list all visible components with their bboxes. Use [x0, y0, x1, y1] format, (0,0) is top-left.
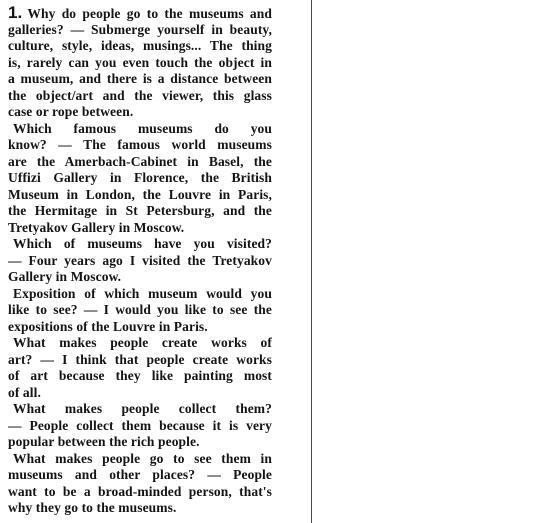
paragraph: What makes people go to see them inmuseu…: [8, 451, 272, 517]
text-line: expositions of the Louvre in Paris.: [8, 319, 272, 336]
paragraph: 1.Why do people go to the museums andgal…: [8, 5, 272, 121]
text-line: 1.Why do people go to the museums and: [8, 5, 272, 22]
text-line: Which famous museums do you: [8, 121, 272, 138]
paragraph: Which famous museums do youknow? — The f…: [8, 121, 272, 237]
text-line: Which of museums have you visited?: [8, 236, 272, 253]
text-line: — People collect them because it is very: [8, 418, 272, 435]
text-line: galleries? — Submerge yourself in beauty…: [8, 22, 272, 39]
text-line: Exposition of which museum would you: [8, 286, 272, 303]
text-line: know? — The famous world museums: [8, 137, 272, 154]
text-line: popular between the rich people.: [8, 434, 272, 451]
text-line: a museum, and there is a distance betwee…: [8, 71, 272, 88]
text-line: What makes people collect them?: [8, 401, 272, 418]
text-line: are the Amerbach-Cabinet in Basel, the: [8, 154, 272, 171]
text-line: culture, style, ideas, musings... The th…: [8, 38, 272, 55]
text-line: like to see? — I would you like to see t…: [8, 302, 272, 319]
text-line: the object/art and the viewer, this glas…: [8, 88, 272, 105]
paragraph: Exposition of which museum would youlike…: [8, 286, 272, 336]
text-line: the Hermitage in St Petersburg, and the: [8, 203, 272, 220]
text-line: Museum in London, the Louvre in Paris,: [8, 187, 272, 204]
text-line: Tretyakov Gallery in Moscow.: [8, 220, 272, 237]
text-line: case or rope between.: [8, 104, 272, 121]
text-line: want to be a broad-minded person, that's: [8, 484, 272, 501]
text-line: why they go to the museums.: [8, 500, 272, 517]
text-line: is, rarely can you even touch the object…: [8, 55, 272, 72]
exercise-number: 1.: [8, 5, 27, 22]
text-line: of art because they like painting most: [8, 368, 272, 385]
paragraph: What makes people collect them?— People …: [8, 401, 272, 451]
text-line: Gallery in Moscow.: [8, 269, 272, 286]
text-line: museums and other places? — People: [8, 467, 272, 484]
text-line: of all.: [8, 385, 272, 402]
paragraph: What makes people create works ofart? — …: [8, 335, 272, 401]
text-line: — Four years ago I visited the Tretyakov: [8, 253, 272, 270]
page: 1.Why do people go to the museums andgal…: [0, 0, 558, 523]
text-line: Uffizi Gallery in Florence, the British: [8, 170, 272, 187]
paragraph: Which of museums have you visited?— Four…: [8, 236, 272, 286]
column-divider-line: [311, 0, 312, 523]
text-column: 1.Why do people go to the museums andgal…: [8, 5, 272, 517]
text-line: What makes people create works of: [8, 335, 272, 352]
text-line: art? — I think that people create works: [8, 352, 272, 369]
text-line: What makes people go to see them in: [8, 451, 272, 468]
text-line-content: Why do people go to the museums and: [27, 6, 272, 21]
